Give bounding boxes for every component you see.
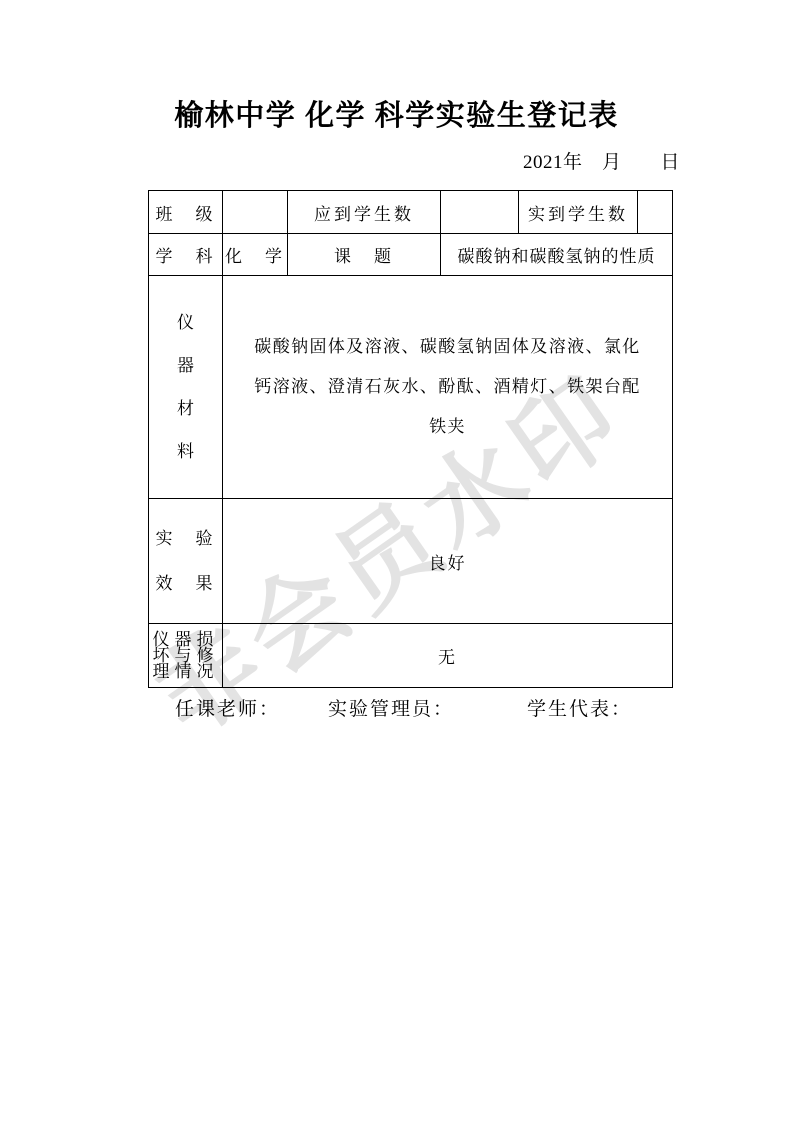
- date-line: 2021年 月 日: [148, 147, 680, 174]
- document-page: 非会员水印 榆林中学 化学 科学实验生登记表 2021年 月 日 班 级 应到学…: [0, 0, 793, 1122]
- teacher-signature-label: 任课老师：: [175, 694, 280, 721]
- topic-value: 碳酸钠和碳酸氢钠的性质: [441, 234, 673, 276]
- subject-label: 学 科: [149, 234, 223, 276]
- lab-manager-signature-label: 实验管理员：: [328, 694, 454, 721]
- table-row-class: 班 级 应到学生数 实到学生数: [149, 191, 673, 234]
- equipment-damage-label: 仪器损 坏与修 理情况: [149, 624, 223, 688]
- page-title: 榆林中学 化学 科学实验生登记表: [0, 93, 793, 134]
- student-rep-signature-label: 学生代表：: [527, 694, 632, 721]
- subject-value: 化 学: [223, 234, 288, 276]
- experiment-effect-label: 实 验 效 果: [149, 499, 223, 624]
- table-row-damage: 仪器损 坏与修 理情况 无: [149, 624, 673, 688]
- table-row-equipment: 仪 器 材 料 碳酸钠固体及溶液、碳酸氢钠固体及溶液、氯化 钙溶液、澄清石灰水、…: [149, 276, 673, 499]
- topic-label: 课 题: [288, 234, 441, 276]
- table-row-effect: 实 验 效 果 良好: [149, 499, 673, 624]
- equipment-materials-content: 碳酸钠固体及溶液、碳酸氢钠固体及溶液、氯化 钙溶液、澄清石灰水、酚酞、酒精灯、铁…: [223, 276, 673, 499]
- experiment-effect-value: 良好: [223, 499, 673, 624]
- class-value-cell: [223, 191, 288, 234]
- signature-row: 任课老师： 实验管理员： 学生代表：: [0, 694, 793, 720]
- table-row-subject: 学 科 化 学 课 题 碳酸钠和碳酸氢钠的性质: [149, 234, 673, 276]
- equipment-damage-value: 无: [223, 624, 673, 688]
- class-label: 班 级: [149, 191, 223, 234]
- expected-students-label: 应到学生数: [288, 191, 441, 234]
- actual-students-value-cell: [638, 191, 673, 234]
- equipment-materials-label: 仪 器 材 料: [149, 276, 223, 499]
- expected-students-value-cell: [441, 191, 519, 234]
- actual-students-label: 实到学生数: [519, 191, 638, 234]
- registration-table: 班 级 应到学生数 实到学生数 学 科 化 学 课 题 碳酸钠和碳酸氢钠的性质 …: [148, 190, 673, 688]
